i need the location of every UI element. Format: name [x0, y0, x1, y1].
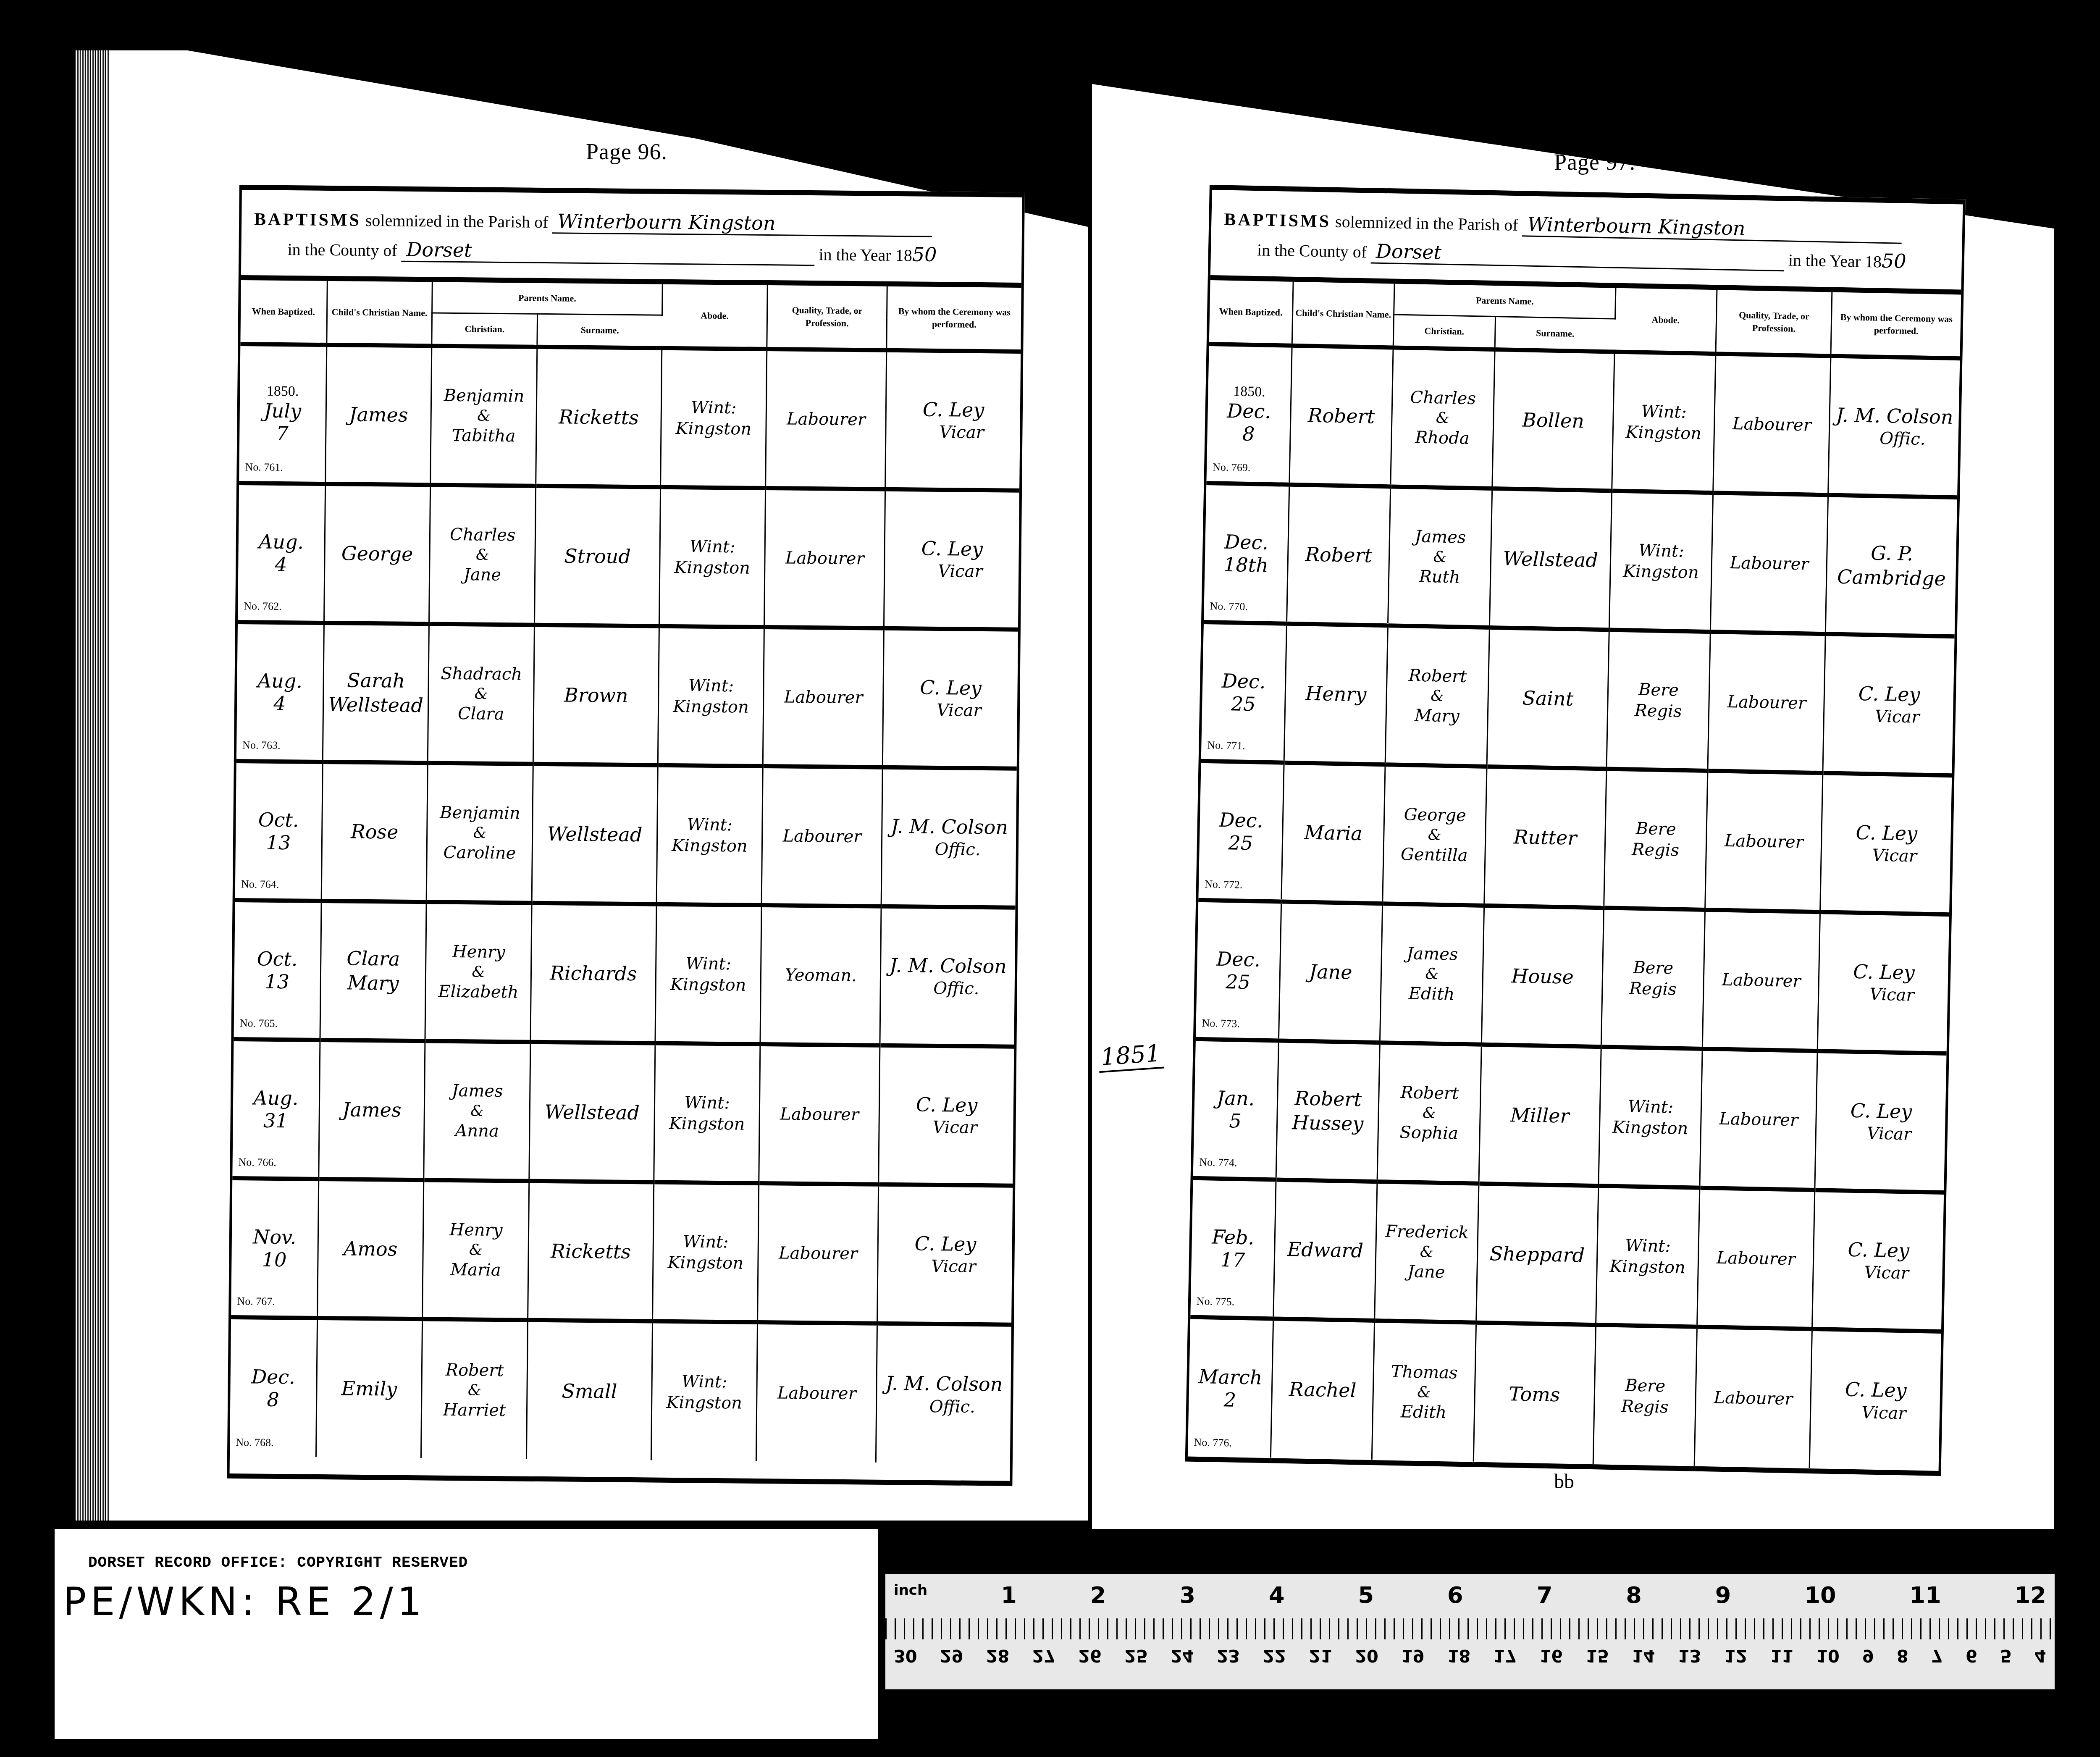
child-name: Robert — [1294, 403, 1389, 429]
col-quality: Quality, Trade, or Profession. — [1716, 290, 1832, 356]
abode-part: Wint: — [655, 1371, 754, 1393]
parent-name: George — [1387, 804, 1483, 826]
ruler-cm-mark: 18 — [1447, 1646, 1471, 1665]
cell-parents-christian: James&Ruth — [1388, 486, 1492, 628]
ruler-unit-label: inch — [894, 1582, 927, 1608]
cell-abode: Wint:Kingston — [659, 487, 766, 627]
entry-number: No. 776. — [1194, 1436, 1232, 1450]
officiant-title: Vicar — [1819, 1122, 1943, 1146]
cell-surname: Saint — [1487, 628, 1609, 769]
cell-when-baptized: Nov.10No. 767. — [231, 1178, 318, 1318]
cell-when-baptized: Aug.31No. 766. — [232, 1039, 320, 1179]
cell-child-name: Emily — [316, 1318, 423, 1458]
abode-part: Wint: — [1600, 1234, 1696, 1257]
officiant-title: Offic. — [885, 838, 1013, 861]
entry-date: Dec. — [1210, 399, 1288, 423]
abode-part: Bere — [1598, 1374, 1693, 1397]
ruler-inch-mark: 6 — [1447, 1582, 1463, 1608]
ruler-cm-mark: 20 — [1355, 1646, 1378, 1665]
parent-name: Robert — [1382, 1082, 1477, 1104]
ampersand: & — [434, 406, 533, 425]
entry-number: No. 769. — [1213, 461, 1251, 474]
parent-name: Mary — [1389, 704, 1485, 727]
entry-date: 25 — [1205, 692, 1282, 716]
entry-date: Dec. — [1207, 530, 1285, 554]
parent-name: Charles — [433, 524, 532, 546]
cell-trade: Yeoman. — [760, 905, 881, 1045]
abode-part: Kingston — [1613, 560, 1709, 583]
entry-date: 8 — [1210, 422, 1287, 446]
officiant-name: C. Ley — [1819, 1098, 1943, 1124]
entry-date: Aug. — [236, 1086, 316, 1110]
ruler-cm-mark: 4 — [2034, 1646, 2046, 1665]
child-name: Rachel — [1275, 1377, 1370, 1403]
entry-date: Dec. — [233, 1365, 314, 1389]
officiant-name: C. Ley — [888, 536, 1016, 562]
cell-abode: BereRegis — [1604, 769, 1708, 910]
parish-name: Winterbourn Kingston — [552, 210, 932, 237]
parent-name: James — [1385, 943, 1480, 965]
col-officiant: By whom the Ceremony was performed. — [1831, 292, 1961, 359]
abode-part: Kingston — [1600, 1255, 1695, 1278]
parent-name: Henry — [429, 941, 528, 963]
ampersand: & — [429, 962, 528, 982]
county-name: Dorset — [1371, 239, 1785, 271]
ruler-cm-mark: 27 — [1032, 1646, 1055, 1665]
officiant-title: Vicar — [881, 1255, 1009, 1278]
cell-child-name: Henry — [1284, 624, 1388, 765]
entry-number: No. 774. — [1199, 1156, 1237, 1169]
cell-when-baptized: Aug.4No. 763. — [236, 622, 324, 762]
ruler-cm-mark: 13 — [1678, 1646, 1701, 1665]
cell-when-baptized: Dec.25No. 772. — [1198, 761, 1284, 902]
parent-name: Edith — [1376, 1401, 1471, 1423]
ruler-cm-mark: 21 — [1309, 1646, 1332, 1665]
ruler-cm-mark: 25 — [1124, 1646, 1148, 1665]
cell-officiant: C. LeyVicar — [1815, 1051, 1946, 1192]
entry-date: Dec. — [1205, 669, 1283, 693]
entry-number: No. 764. — [241, 878, 279, 891]
child-name: Mary — [323, 971, 423, 996]
officiant-title: Offic. — [1832, 427, 1956, 451]
cell-abode: Wint:Kingston — [655, 904, 761, 1044]
cell-parents-christian: James&Anna — [424, 1041, 530, 1181]
cell-child-name: SarahWellstead — [323, 623, 429, 763]
parent-name: Charles — [1395, 387, 1491, 410]
parent-name: Rhoda — [1394, 427, 1490, 449]
cell-surname: Ricketts — [536, 347, 662, 487]
ampersand: & — [1384, 964, 1480, 984]
cell-surname: Ricketts — [528, 1181, 654, 1321]
parent-name: Caroline — [430, 842, 529, 864]
officiant-title: Vicar — [882, 1116, 1011, 1139]
table-row: Dec.25No. 773.JaneJames&EdithHouseBereRe… — [1196, 900, 1949, 1053]
table-row: Jan.5No. 774.RobertHusseyRobert&SophiaMi… — [1193, 1039, 1947, 1192]
register-header: BAPTISMS solemnized in the Parish of Win… — [1210, 190, 1963, 294]
entry-date: 8 — [233, 1388, 313, 1411]
cell-parents-christian: Henry&Elizabeth — [425, 902, 532, 1042]
cell-trade: Labourer — [1713, 354, 1831, 495]
parent-name: Thomas — [1377, 1361, 1472, 1384]
cell-officiant: C. LeyVicar — [1812, 1190, 1944, 1332]
ampersand: & — [425, 1380, 524, 1400]
entry-date: 25 — [1202, 830, 1279, 855]
abode-part: Bere — [1608, 817, 1704, 840]
child-name: Hussey — [1280, 1110, 1375, 1136]
entry-date: 18th — [1207, 553, 1285, 577]
entry-date: Oct. — [237, 947, 318, 971]
officiant-title: Vicar — [889, 421, 1017, 444]
entry-number: No. 761. — [245, 461, 283, 474]
parent-name: Maria — [426, 1259, 525, 1281]
ampersand: & — [1376, 1382, 1472, 1402]
cell-surname: Small — [527, 1320, 653, 1460]
page-number-left: Page 96. — [586, 139, 667, 165]
ruler-cm-mark: 14 — [1632, 1646, 1655, 1665]
cell-trade: Labourer — [1694, 1327, 1812, 1468]
ruler-cm-mark: 7 — [1931, 1646, 1943, 1665]
cell-surname: Rutter — [1484, 767, 1606, 908]
cell-trade: Labourer — [1705, 771, 1823, 912]
abode-part: Wint: — [1614, 539, 1709, 562]
child-name: Henry — [1288, 681, 1383, 707]
cell-abode: Wint:Kingston — [652, 1182, 759, 1322]
parent-name: Harriet — [425, 1399, 524, 1421]
officiant-title: Vicar — [1822, 983, 1945, 1007]
abode-part: Kingston — [663, 557, 762, 578]
abode-part: Wint: — [664, 397, 763, 418]
parish-name: Winterbourn Kingston — [1522, 213, 1902, 244]
register-header: BAPTISMS solemnized in the Parish of Win… — [241, 190, 1022, 288]
county-name: Dorset — [401, 238, 815, 266]
parent-name: James — [428, 1080, 527, 1102]
cell-parents-christian: Benjamin&Tabitha — [430, 346, 537, 486]
officiant-name: C. Ley — [887, 675, 1015, 701]
cell-surname: Stroud — [535, 486, 661, 626]
parent-name: Jane — [1378, 1261, 1474, 1283]
officiant-title: Vicar — [1814, 1401, 1937, 1425]
cell-abode: Wint:Kingston — [658, 626, 764, 766]
ruler-inch-mark: 10 — [1804, 1582, 1836, 1608]
col-parents-name: Parents Name. — [1394, 284, 1616, 319]
baptism-entries: When Baptized. Child's Christian Name. P… — [1188, 280, 1961, 1471]
parent-name: Robert — [1390, 664, 1485, 687]
abode-part: Wint: — [1603, 1095, 1698, 1118]
cell-child-name: Rose — [321, 762, 428, 902]
abode-part: Wint: — [656, 1231, 755, 1253]
table-row: 1850.Dec.8No. 769.RobertCharles&RhodaBol… — [1206, 344, 1960, 497]
cell-when-baptized: Oct.13No. 764. — [235, 761, 323, 901]
entry-date: Aug. — [239, 669, 320, 693]
cell-officiant: C. LeyVicar — [1817, 912, 1949, 1053]
abode-part: Regis — [1605, 977, 1701, 1000]
cell-trade: Labourer — [1702, 910, 1820, 1051]
abode-part: Wint: — [657, 1092, 756, 1114]
cell-officiant: C. LeyVicar — [883, 628, 1018, 769]
cell-child-name: Maria — [1281, 763, 1386, 904]
child-name: Robert — [1291, 542, 1386, 568]
entry-number: No. 772. — [1205, 878, 1243, 891]
ampersand: & — [428, 1101, 527, 1121]
ruler-inch-mark: 7 — [1537, 1582, 1553, 1608]
ampersand: & — [433, 545, 532, 565]
entry-date: March — [1192, 1365, 1269, 1389]
col-parents-christian: Christian. — [432, 313, 538, 347]
table-row: March2No. 776.RachelThomas&EdithTomsBere… — [1188, 1317, 1941, 1471]
baptisms-heading: BAPTISMS — [254, 210, 361, 230]
col-abode: Abode. — [1614, 288, 1717, 354]
entry-number: No. 770. — [1210, 600, 1248, 613]
officiant-title: Offic. — [884, 977, 1012, 1000]
ruler-inch-mark: 2 — [1090, 1582, 1106, 1608]
entry-date: 2 — [1191, 1388, 1269, 1412]
cell-trade: Labourer — [759, 1044, 880, 1184]
table-row: Dec.8No. 768.EmilyRobert&HarrietSmallWin… — [230, 1317, 1011, 1464]
officiant-title: Vicar — [1824, 844, 1948, 868]
cell-officiant: J. M. ColsonOffic. — [881, 767, 1016, 908]
cell-child-name: ClaraMary — [320, 901, 427, 1041]
abode-part: Kingston — [661, 696, 760, 717]
cell-abode: Wint:Kingston — [1596, 1186, 1700, 1327]
cell-parents-christian: Frederick&Jane — [1375, 1182, 1479, 1323]
abode-part: Bere — [1606, 956, 1701, 979]
cell-child-name: James — [325, 345, 432, 485]
ruler-cm-mark: 5 — [2000, 1646, 2012, 1665]
ruler-inch-mark: 4 — [1269, 1582, 1285, 1608]
entry-date: 31 — [235, 1109, 316, 1132]
cell-abode: Wint:Kingston — [654, 1043, 760, 1183]
entry-number: No. 767. — [237, 1295, 275, 1308]
child-name: Jane — [1283, 959, 1378, 985]
ruler-cm-mark: 24 — [1171, 1646, 1194, 1665]
archive-reference: PE/WKN: RE 2/1 — [63, 1579, 426, 1624]
col-child-name: Child's Christian Name. — [327, 281, 433, 346]
cell-parents-christian: Robert&Harriet — [421, 1319, 528, 1459]
cell-parents-christian: George&Gentilla — [1383, 764, 1487, 906]
parent-name: Anna — [428, 1120, 527, 1142]
officiant-title: Vicar — [1827, 705, 1951, 729]
abode-part: Kingston — [657, 1113, 756, 1135]
page-number-right: Page 97. — [1554, 149, 1635, 175]
margin-year-note: 1851 — [1097, 1040, 1164, 1073]
cell-trade: Labourer — [758, 1183, 879, 1324]
ampersand: & — [1379, 1242, 1474, 1262]
cell-child-name: RobertHussey — [1276, 1041, 1380, 1182]
child-name: Maria — [1286, 820, 1381, 846]
cell-surname: Sheppard — [1476, 1184, 1599, 1325]
officiant-title: Offic. — [879, 1396, 1008, 1418]
officiant-name: C. Ley — [1822, 959, 1946, 985]
entry-number: No. 771. — [1207, 739, 1245, 752]
entry-number: No. 762. — [244, 600, 282, 613]
ruler-cm-mark: 11 — [1770, 1646, 1793, 1665]
parent-name: Henry — [426, 1219, 525, 1241]
cell-abode: Wint:Kingston — [1599, 1047, 1703, 1188]
ruler-cm-mark: 23 — [1217, 1646, 1240, 1665]
parent-name: Elizabeth — [429, 981, 528, 1003]
abode-part: Kingston — [1602, 1116, 1698, 1139]
ampersand: & — [432, 684, 531, 704]
table-row: Dec.18thNo. 770.RobertJames&RuthWellstea… — [1204, 483, 1957, 636]
entry-date: 17 — [1194, 1247, 1271, 1272]
cell-surname: Bollen — [1492, 349, 1614, 491]
entry-number: No. 765. — [240, 1017, 278, 1030]
ruler-inch-mark: 12 — [2015, 1582, 2046, 1608]
parent-name: Clara — [431, 703, 530, 725]
abode-part: Kingston — [659, 974, 758, 995]
child-name: Rose — [325, 819, 424, 845]
abode-part: Wint: — [661, 675, 761, 696]
table-row: Aug.4No. 762.GeorgeCharles&JaneStroudWin… — [238, 483, 1019, 630]
cell-officiant: C. LeyVicar — [1823, 634, 1954, 775]
cell-officiant: J. M. ColsonOffic. — [1828, 356, 1960, 497]
register-year: 50 — [1882, 249, 1907, 273]
entry-number: No. 763. — [242, 739, 281, 752]
col-officiant: By whom the Ceremony was performed. — [887, 286, 1021, 352]
cell-surname: Brown — [533, 625, 659, 765]
register-year: 50 — [912, 243, 937, 266]
parent-name: James — [1393, 526, 1488, 549]
child-name: James — [322, 1098, 421, 1123]
entry-date: 13 — [238, 831, 319, 854]
officiant-name: J. M. Colson — [884, 953, 1012, 979]
parent-name: Edith — [1384, 982, 1479, 1005]
abode-part: Wint: — [663, 536, 762, 557]
parent-name: Jane — [433, 564, 532, 586]
table-row: Oct.13No. 764.RoseBenjamin&CarolineWells… — [235, 761, 1017, 908]
officiant-name: J. M. Colson — [880, 1371, 1008, 1397]
ruler-cm-mark: 10 — [1816, 1646, 1840, 1665]
table-row: Feb.17No. 775.EdwardFrederick&JaneSheppa… — [1190, 1178, 1944, 1332]
cell-abode: BereRegis — [1606, 630, 1711, 771]
ampersand: & — [1395, 408, 1490, 428]
col-child-name: Child's Christian Name. — [1292, 282, 1394, 348]
entry-date: Oct. — [238, 808, 319, 832]
cell-abode: Wint:Kingston — [656, 765, 763, 905]
cell-trade: Labourer — [1700, 1049, 1818, 1190]
cell-when-baptized: Dec.25No. 773. — [1196, 900, 1281, 1041]
cell-officiant: C. LeyVicar — [884, 489, 1019, 630]
col-quality: Quality, Trade, or Profession. — [767, 285, 887, 350]
cell-when-baptized: Dec.25No. 771. — [1201, 622, 1287, 763]
register-table-right: BAPTISMS solemnized in the Parish of Win… — [1185, 185, 1966, 1476]
entry-date: Nov. — [234, 1225, 315, 1249]
ampersand: & — [1392, 547, 1488, 567]
officiant-title: Vicar — [1816, 1261, 1940, 1284]
cell-abode: BereRegis — [1593, 1325, 1697, 1466]
table-row: Dec.25No. 771.HenryRobert&MarySaintBereR… — [1201, 622, 1955, 775]
cell-officiant: C. LeyVicar — [1809, 1329, 1941, 1471]
parent-name: Frederick — [1379, 1221, 1475, 1243]
copyright-notice: DORSET RECORD OFFICE: COPYRIGHT RESERVED — [88, 1554, 468, 1571]
parent-name: Benjamin — [434, 385, 533, 407]
cell-surname: Wellstead — [532, 764, 658, 904]
cell-surname: House — [1481, 906, 1604, 1047]
cell-child-name: Robert — [1289, 346, 1394, 487]
cell-abode: BereRegis — [1601, 908, 1705, 1049]
cell-surname: Richards — [530, 903, 656, 1043]
child-name: George — [328, 541, 427, 567]
cell-when-baptized: Dec.18thNo. 770. — [1204, 483, 1289, 624]
cell-parents-christian: Henry&Maria — [423, 1180, 529, 1320]
cell-when-baptized: Aug.4No. 762. — [238, 483, 325, 623]
officiant-name: C. Ley — [1824, 820, 1948, 846]
parent-name: Gentilla — [1386, 843, 1482, 866]
cell-when-baptized: 1850.July7No. 761. — [239, 344, 326, 484]
cell-officiant: C. LeyVicar — [877, 1184, 1013, 1325]
officiant-name: G. P. Cambridge — [1830, 541, 1954, 591]
parent-name: Benjamin — [430, 802, 530, 824]
cell-trade: Labourer — [1708, 632, 1826, 773]
abode-part: Wint: — [659, 953, 758, 974]
abode-part: Regis — [1610, 699, 1706, 722]
ruler-cm-mark: 22 — [1263, 1646, 1286, 1665]
cell-officiant: J. M. ColsonOffic. — [880, 906, 1015, 1047]
entry-date: 7 — [242, 422, 323, 445]
ampersand: & — [426, 1240, 525, 1260]
child-name: Amos — [321, 1237, 420, 1262]
cell-trade: Labourer — [763, 627, 884, 767]
entry-date: Dec. — [1202, 808, 1280, 832]
book-page-edges — [76, 50, 113, 1521]
baptism-entries: When Baptized. Child's Christian Name. P… — [230, 280, 1021, 1464]
entry-year: 1850. — [1210, 383, 1288, 401]
cell-child-name: Amos — [317, 1179, 424, 1319]
ruler-inch-mark: 8 — [1626, 1582, 1642, 1608]
entry-date: Feb. — [1194, 1225, 1272, 1249]
abode-part: Wint: — [660, 814, 759, 835]
ruler-cm-mark: 8 — [1897, 1646, 1908, 1665]
cell-trade: Labourer — [766, 349, 887, 489]
cell-officiant: C. LeyVicar — [885, 350, 1021, 491]
cell-abode: Wint:Kingston — [651, 1321, 758, 1461]
cell-trade: Labourer — [756, 1322, 877, 1463]
col-parents-surname: Surname. — [1495, 317, 1615, 352]
ruler-inch-mark: 3 — [1179, 1582, 1195, 1608]
cell-child-name: Rachel — [1270, 1318, 1375, 1460]
ruler-inch-mark: 9 — [1715, 1582, 1731, 1608]
entry-date: 25 — [1199, 969, 1277, 994]
table-row: Aug.31No. 766.JamesJames&AnnaWellsteadWi… — [232, 1039, 1014, 1186]
officiant-title: Vicar — [886, 699, 1015, 722]
abode-part: Wint: — [1616, 400, 1711, 423]
cell-abode: Wint:Kingston — [1609, 491, 1713, 632]
cell-child-name: Edward — [1273, 1179, 1378, 1321]
measuring-ruler: inch123456789101112 30292827262524232221… — [882, 1571, 2058, 1693]
cell-trade: Labourer — [1710, 493, 1828, 634]
cell-when-baptized: Oct.13No. 765. — [234, 900, 321, 1040]
ruler-inch-mark: 11 — [1910, 1582, 1941, 1608]
cell-surname: Wellstead — [529, 1042, 655, 1182]
ruler-cm-mark: 29 — [940, 1646, 963, 1665]
parent-name: Robert — [425, 1359, 524, 1381]
cell-officiant: C. LeyVicar — [1820, 773, 1952, 914]
entry-date: 5 — [1197, 1108, 1274, 1133]
table-row: Nov.10No. 767.AmosHenry&MariaRickettsWin… — [231, 1178, 1013, 1325]
entry-number: No. 773. — [1202, 1017, 1240, 1030]
ruler-cm-mark: 17 — [1494, 1646, 1517, 1665]
child-name: Edward — [1278, 1237, 1373, 1263]
entry-date: July — [242, 399, 323, 423]
ruler-inch-scale: inch123456789101112 — [894, 1582, 2046, 1608]
child-name: Sarah — [326, 668, 425, 693]
ruler-cm-mark: 9 — [1862, 1646, 1874, 1665]
officiant-name: J. M. Colson — [1833, 403, 1957, 429]
child-name: James — [329, 402, 428, 428]
cell-child-name: George — [324, 484, 430, 624]
parent-name: Sophia — [1381, 1121, 1477, 1144]
cell-trade: Labourer — [761, 766, 882, 906]
